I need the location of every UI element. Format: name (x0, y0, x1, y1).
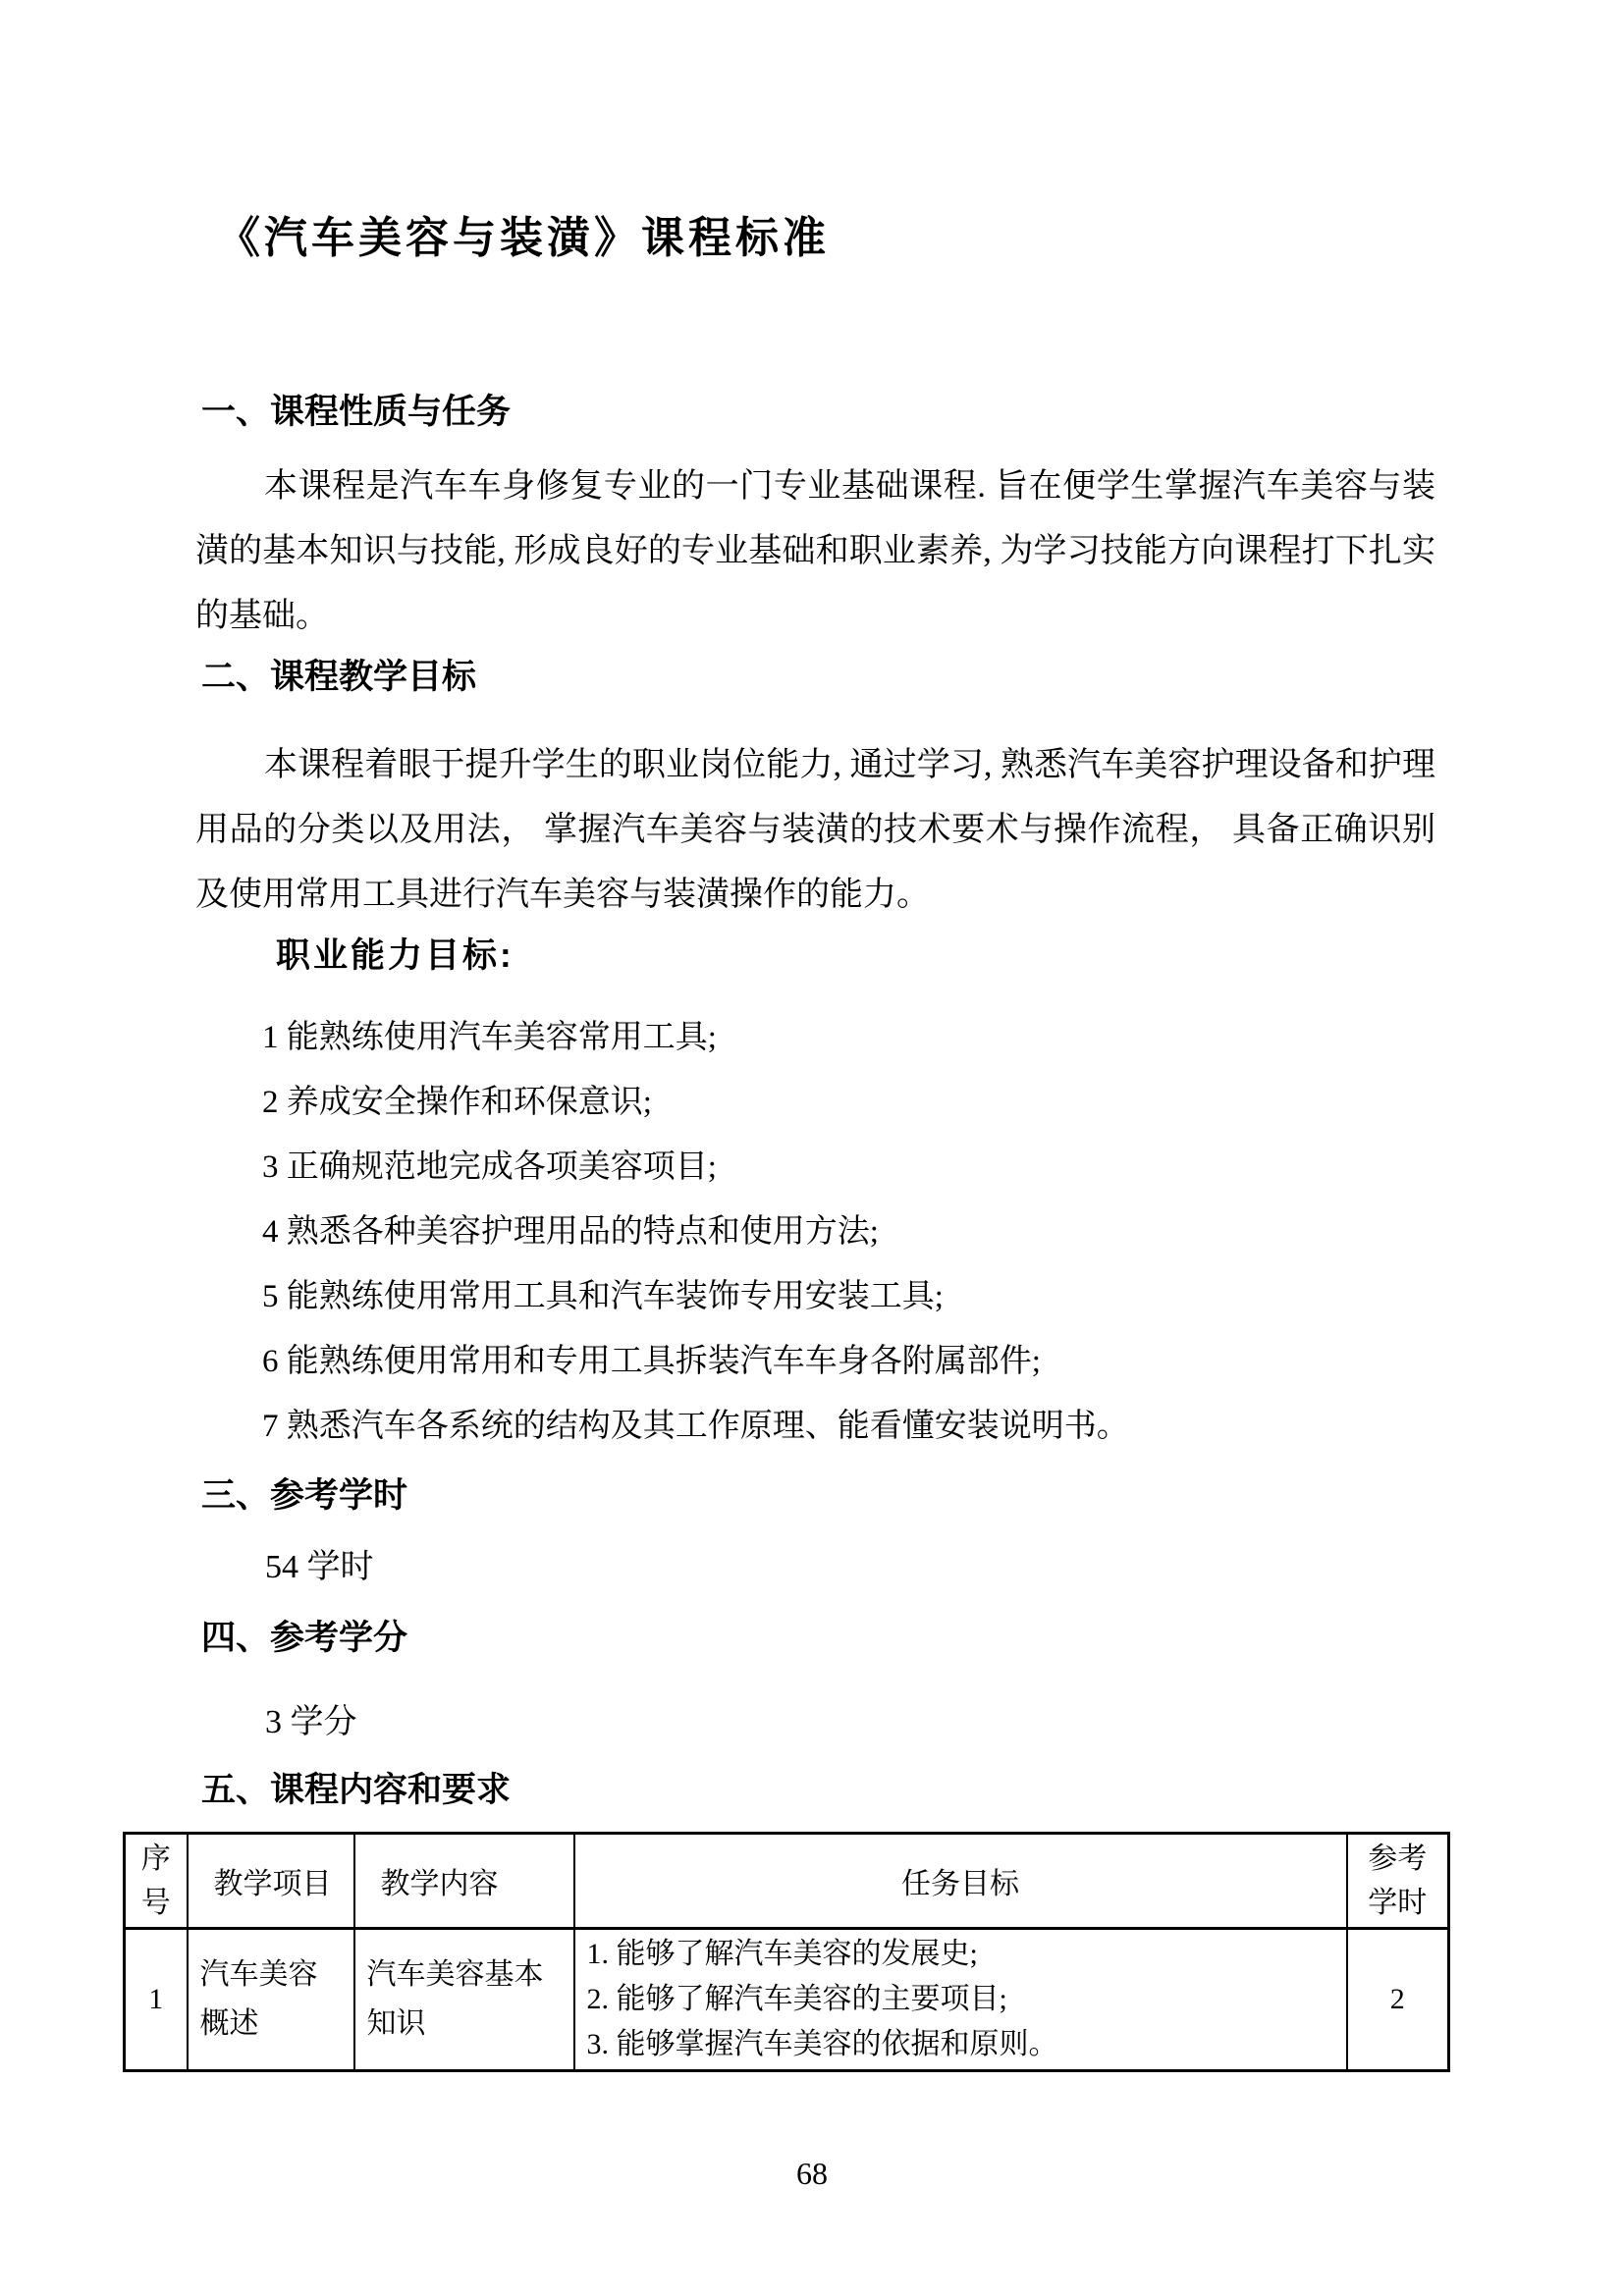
cell-row-number: 1 (125, 1929, 188, 2071)
objective-line: 2. 能够了解汽车美容的主要项目; (587, 1977, 1336, 2022)
header-cell-hours: 参考学时 (1347, 1834, 1449, 1929)
objective-line: 3. 能够掌握汽车美容的依据和原则。 (587, 2022, 1336, 2067)
list-item: 2 养成安全操作和环保意识; (262, 1070, 1129, 1135)
section-heading-2: 二、课程教学目标 (201, 650, 476, 699)
page-title: 《汽车美容与装潢》课程标准 (217, 202, 830, 265)
page-number: 68 (0, 2156, 1624, 2192)
course-content-table: 序号 教学项目 教学内容 任务目标 参考学时 1 汽车美容概述 汽车美容基本知识… (123, 1832, 1450, 2072)
header-label: 参考学时 (1365, 1837, 1430, 1925)
header-cell-project: 教学项目 (188, 1834, 354, 1929)
section-heading-3: 三、参考学时 (201, 1468, 407, 1518)
section-2-paragraph: 本课程着眼于提升学生的职业岗位能力, 通过学习, 熟悉汽车美容护理设备和护理用品… (195, 733, 1435, 928)
cell-teaching-project: 汽车美容概述 (188, 1929, 354, 2071)
section-heading-5: 五、课程内容和要求 (201, 1763, 511, 1812)
list-item: 6 能熟练便用常用和专用工具拆装汽车车身各附属部件; (262, 1329, 1129, 1394)
section-1-paragraph: 本课程是汽车车身修复专业的一门专业基础课程. 旨在便学生掌握汽车美容与装潢的基本… (195, 454, 1435, 649)
header-label: 序号 (139, 1837, 174, 1925)
header-cell-no: 序号 (125, 1834, 188, 1929)
list-item: 5 能熟练使用常用工具和汽车装饰专用安装工具; (262, 1264, 1129, 1329)
objective-line: 1. 能够了解汽车美容的发展史; (587, 1932, 1336, 1977)
table-row: 1 汽车美容概述 汽车美容基本知识 1. 能够了解汽车美容的发展史; 2. 能够… (125, 1929, 1449, 2071)
section-heading-1: 一、课程性质与任务 (201, 385, 511, 434)
section-heading-4: 四、参考学分 (201, 1611, 407, 1660)
header-cell-objective: 任务目标 (574, 1834, 1347, 1929)
list-item: 1 能熟练使用汽车美容常用工具; (262, 1005, 1129, 1070)
list-item: 3 正确规范地完成各项美容项目; (262, 1135, 1129, 1200)
cell-task-objectives: 1. 能够了解汽车美容的发展史; 2. 能够了解汽车美容的主要项目; 3. 能够… (574, 1929, 1347, 2071)
vocational-ability-subheading: 职业能力目标: (276, 929, 514, 978)
header-cell-content: 教学内容 (354, 1834, 574, 1929)
cell-teaching-content: 汽车美容基本知识 (354, 1929, 574, 2071)
cell-reference-hours: 2 (1347, 1929, 1449, 2071)
list-item: 4 熟悉各种美容护理用品的特点和使用方法; (262, 1200, 1129, 1264)
reference-credits-value: 3 学分 (265, 1690, 357, 1755)
document-page: 《汽车美容与装潢》课程标准 一、课程性质与任务 本课程是汽车车身修复专业的一门专… (0, 0, 1624, 2296)
list-item: 7 熟悉汽车各系统的结构及其工作原理、能看懂安装说明书。 (262, 1394, 1129, 1459)
ability-goal-list: 1 能熟练使用汽车美容常用工具; 2 养成安全操作和环保意识; 3 正确规范地完… (262, 1005, 1129, 1459)
table-header-row: 序号 教学项目 教学内容 任务目标 参考学时 (125, 1834, 1449, 1929)
reference-hours-value: 54 学时 (265, 1535, 374, 1600)
